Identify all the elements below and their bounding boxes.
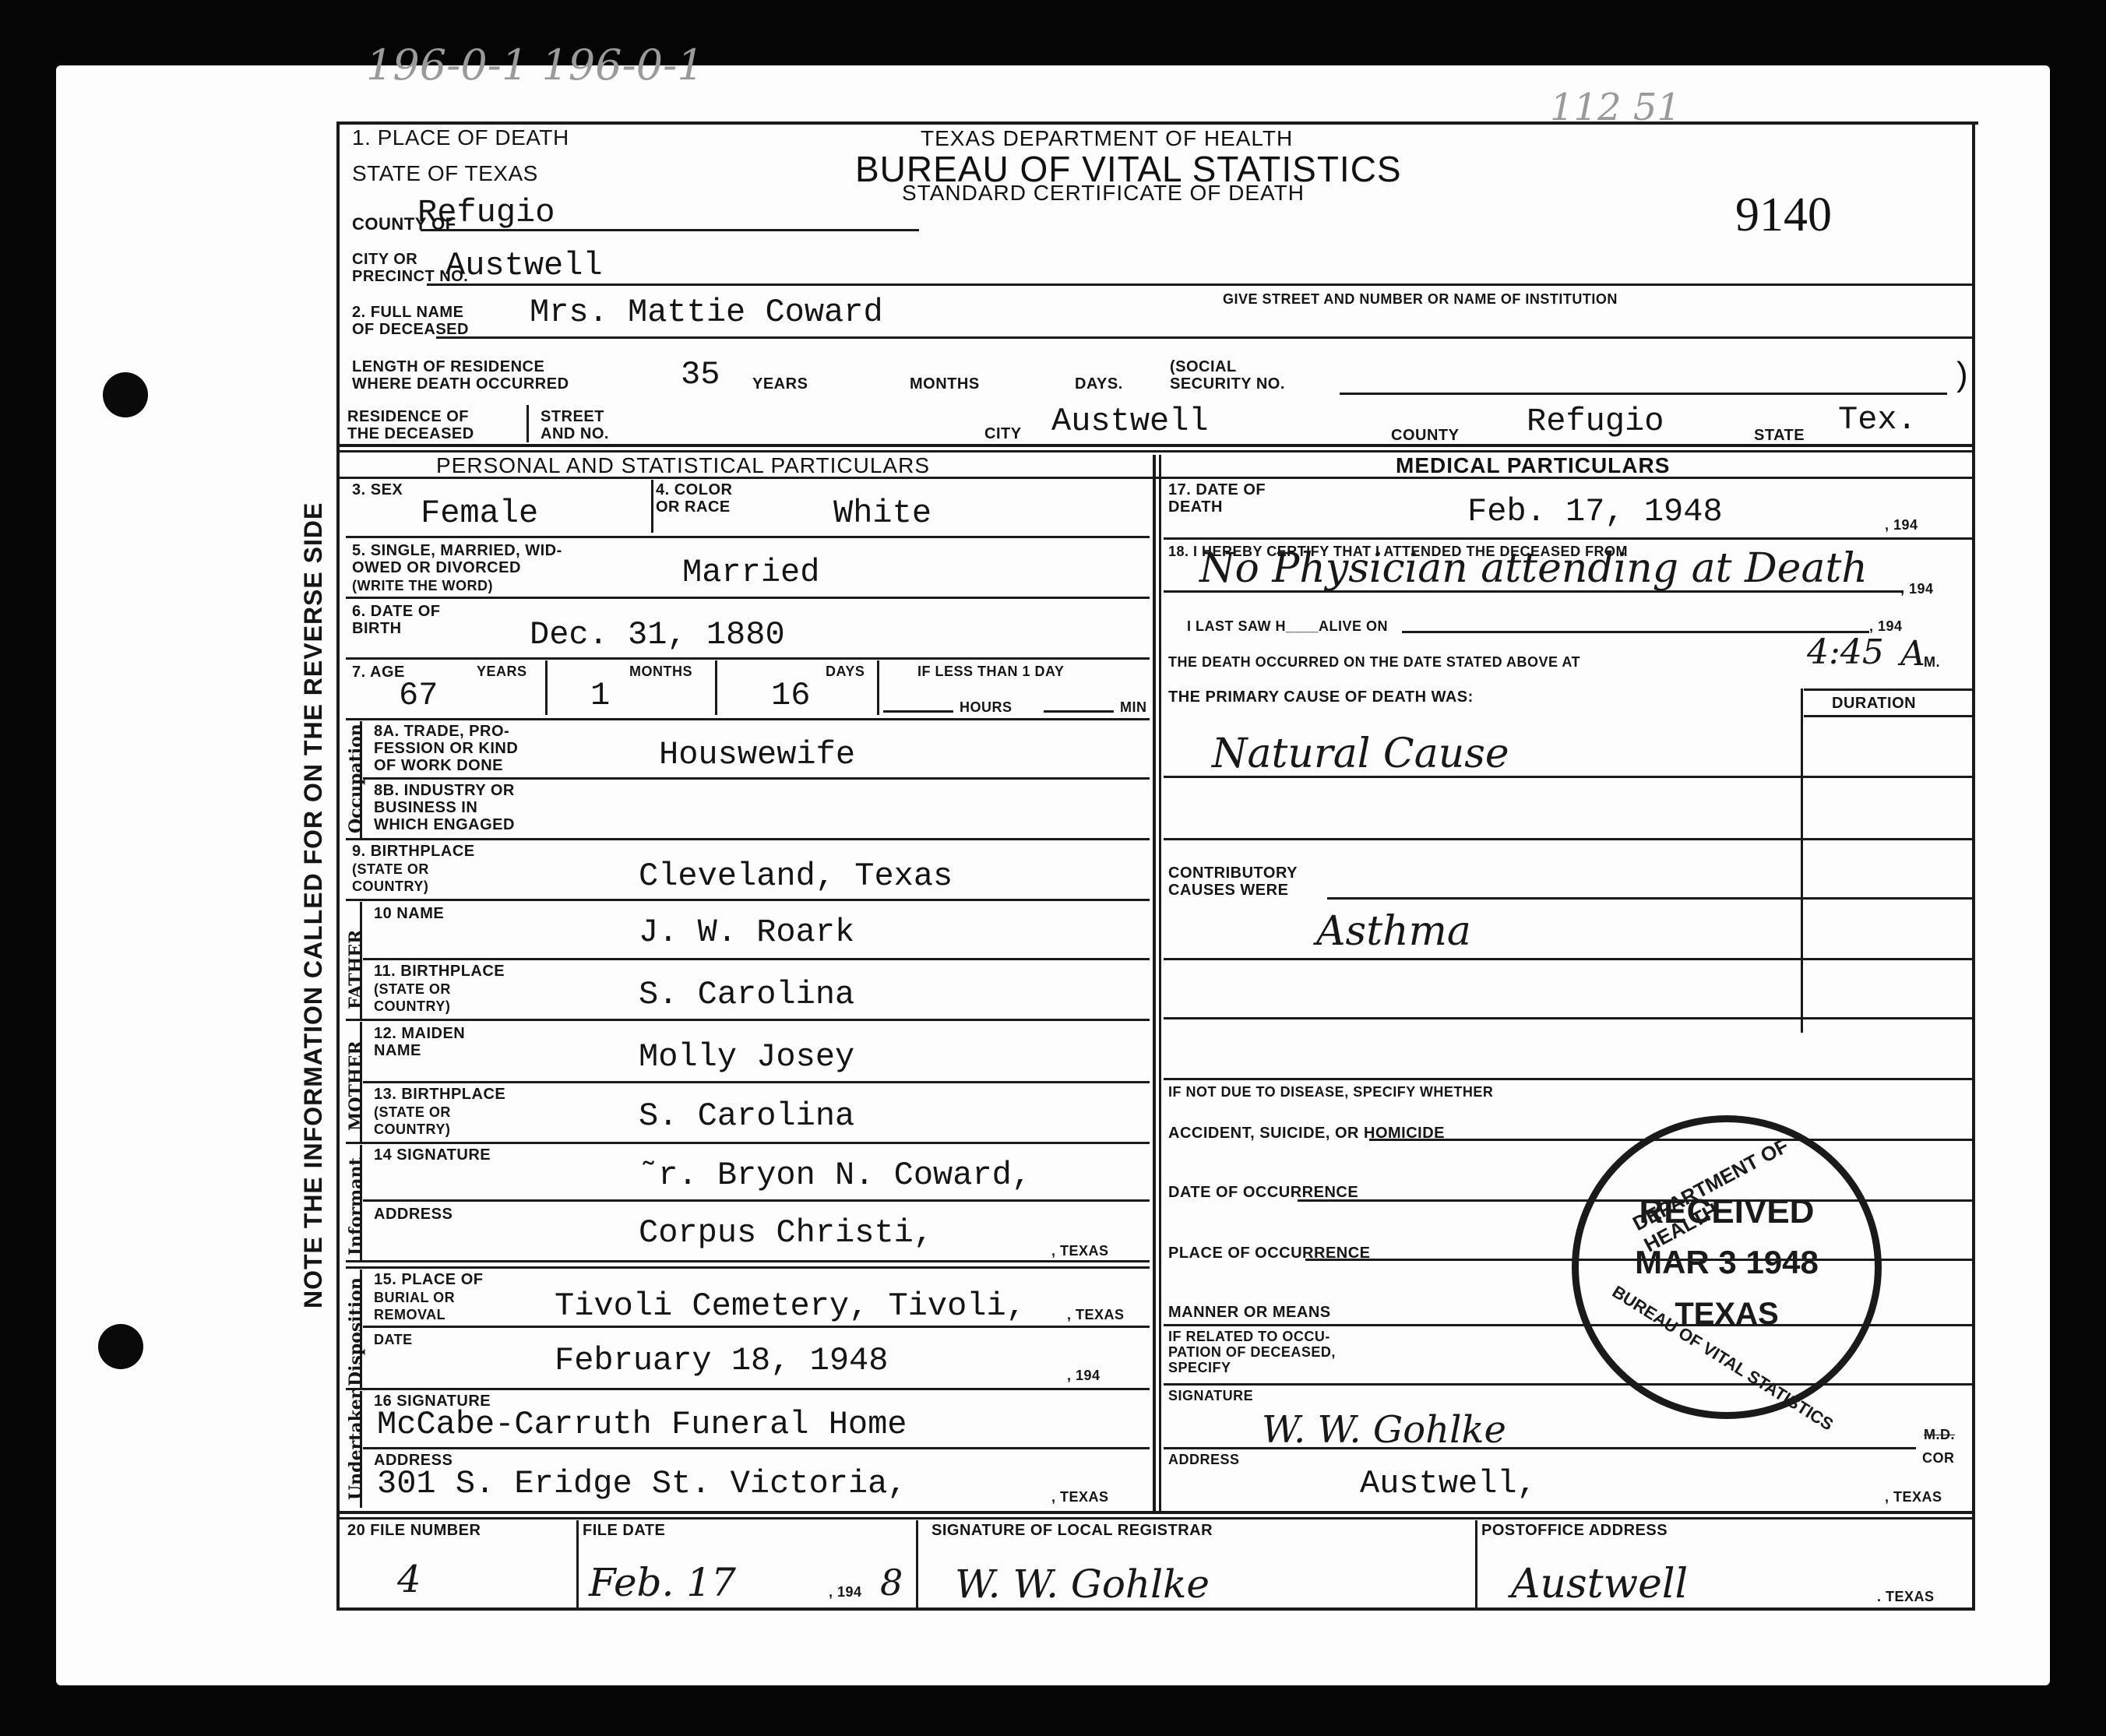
certificate-subtitle: STANDARD CERTIFICATE OF DEATH: [902, 181, 1305, 206]
burial-place: Tivoli Cemetery, Tivoli,: [555, 1288, 1026, 1324]
divider: [336, 450, 1975, 452]
postoffice-value: Austwell: [1511, 1562, 1688, 1606]
race-value: White: [833, 495, 931, 531]
divider: [336, 1517, 1975, 1519]
age-label: 7. AGE: [352, 664, 405, 681]
residence-length-label-1: LENGTH OF RESIDENCE: [352, 358, 544, 375]
divider: [336, 1511, 1975, 1514]
birthplace-value: Cleveland, Texas: [639, 858, 953, 894]
occ-related-label-3: SPECIFY: [1168, 1360, 1231, 1375]
frame-left: [336, 121, 340, 1611]
stamp-date: MAR 3 1948: [1579, 1244, 1875, 1281]
burial-date: February 18, 1948: [555, 1343, 888, 1379]
residence-city: Austwell: [1051, 403, 1209, 439]
age-days: 16: [771, 678, 810, 713]
physician-texas-label: , TEXAS: [1885, 1489, 1942, 1505]
physician-signature: W. W. Gohlke: [1262, 1408, 1506, 1452]
mother-bp-label-1: 13. BIRTHPLACE: [374, 1086, 505, 1103]
residence-state-label: STATE: [1754, 427, 1805, 444]
industry-label-3: WHICH ENGAGED: [374, 816, 515, 833]
divider: [363, 958, 1150, 960]
file-date: Feb. 17: [589, 1561, 736, 1604]
min-label: MIN: [1120, 699, 1147, 715]
dod-label-2: DEATH: [1168, 498, 1223, 516]
less-than-day-label: IF LESS THAN 1 DAY: [917, 664, 1064, 679]
full-name-label-1: 2. FULL NAME: [352, 304, 463, 321]
frame-bottom: [336, 1607, 1975, 1611]
divider: [1164, 1078, 1974, 1080]
personal-section-title: PERSONAL AND STATISTICAL PARTICULARS: [436, 453, 930, 478]
marital-label-2: OWED OR DIVORCED: [352, 559, 521, 576]
file-date-label: FILE DATE: [583, 1522, 665, 1539]
ssn-label-2: SECURITY NO.: [1170, 375, 1285, 393]
father-bp-label-2: (STATE OR: [374, 981, 451, 997]
file-year-prefix: , 194: [829, 1584, 862, 1600]
stamp-state: TEXAS: [1579, 1297, 1875, 1332]
marital-label-1: 5. SINGLE, MARRIED, WID-: [352, 542, 562, 559]
burial-label-2: BURIAL OR: [374, 1290, 455, 1305]
days-label: DAYS.: [1075, 375, 1123, 393]
informant-group-label: Informant: [346, 1157, 366, 1255]
divider: [346, 1388, 1150, 1390]
physician-address-label: ADDRESS: [1168, 1452, 1240, 1467]
stamp-status: RECEIVED: [1579, 1192, 1875, 1231]
state-of-texas-label: STATE OF TEXAS: [352, 162, 538, 185]
street-label-1: STREET: [541, 408, 604, 425]
punch-hole: [103, 372, 148, 417]
full-name-label-2: OF DECEASED: [352, 321, 469, 338]
registrar-divider: [916, 1520, 918, 1607]
registrar-signature-label: SIGNATURE OF LOCAL REGISTRAR: [931, 1522, 1213, 1539]
duration-label: DURATION: [1832, 695, 1916, 712]
attended-underline: [1164, 590, 1903, 593]
last-saw-label: I LAST SAW H____ALIVE ON: [1187, 618, 1388, 634]
age-years-label: YEARS: [477, 664, 527, 679]
column-divider: [1159, 455, 1161, 1511]
punch-hole: [98, 1324, 143, 1369]
divider: [346, 838, 1150, 840]
occ-related-label-1: IF RELATED TO OCCU-: [1168, 1329, 1330, 1344]
industry-label-2: BUSINESS IN: [374, 799, 477, 816]
date-of-death: Feb. 17, 1948: [1467, 494, 1723, 530]
pencil-mark-left: 196-0-1 196-0-1: [366, 40, 704, 90]
burial-label-3: REMOVAL: [374, 1307, 445, 1322]
informant-signature-label: 14 SIGNATURE: [374, 1146, 491, 1164]
marital-value: Married: [682, 555, 819, 590]
informant-address-label: ADDRESS: [374, 1206, 453, 1223]
divider: [346, 1260, 1150, 1262]
divider: [363, 1447, 1150, 1449]
contributory-label-2: CAUSES WERE: [1168, 882, 1288, 899]
age-divider: [715, 660, 717, 715]
divider: [346, 657, 1150, 660]
divider: [363, 1081, 1150, 1083]
duration-divider: [1801, 688, 1803, 1033]
age-years: 67: [399, 678, 438, 713]
divider: [346, 536, 1150, 538]
date-occurrence-label: DATE OF OCCURRENCE: [1168, 1184, 1358, 1201]
dob-label-2: BIRTH: [352, 620, 402, 637]
signature-line: [1164, 1447, 1916, 1449]
institution-hint: GIVE STREET AND NUMBER OR NAME OF INSTIT…: [1223, 291, 1618, 307]
mother-bp-label-2: (STATE OR: [374, 1104, 451, 1120]
duration-header-line: [1804, 715, 1972, 717]
divider: [363, 1326, 1150, 1328]
informant-texas-label: , TEXAS: [1051, 1243, 1109, 1259]
mother-bp-label-3: COUNTRY): [374, 1122, 450, 1137]
registrar-divider: [576, 1520, 579, 1607]
disposition-group-label: Disposition: [346, 1277, 366, 1386]
trade-label-2: FESSION OR KIND: [374, 740, 518, 757]
trade-label-1: 8A. TRADE, PRO-: [374, 723, 509, 740]
file-year-digit: 8: [880, 1561, 903, 1604]
divider: [1164, 537, 1974, 540]
divider: [346, 1019, 1150, 1021]
father-bp-label-1: 11. BIRTHPLACE: [374, 963, 505, 980]
age-divider: [545, 660, 548, 715]
file-number-label: 20 FILE NUMBER: [347, 1522, 481, 1539]
frame-right: [1972, 125, 1975, 1611]
mother-name-label-2: NAME: [374, 1042, 421, 1059]
manner-label: MANNER OR MEANS: [1168, 1304, 1331, 1321]
registrar-divider: [1475, 1520, 1477, 1607]
undertaker-address: 301 S. Eridge St. Victoria,: [377, 1466, 907, 1502]
medical-section-title: MEDICAL PARTICULARS: [1396, 453, 1670, 478]
birthplace-label-3: COUNTRY): [352, 879, 428, 894]
trade-label-3: OF WORK DONE: [374, 757, 503, 774]
undertaker-texas-label: , TEXAS: [1051, 1489, 1109, 1505]
residence-label-1: RESIDENCE OF: [347, 408, 469, 425]
primary-cause: Natural Cause: [1212, 732, 1509, 776]
postoffice-texas-label: . TEXAS: [1877, 1589, 1935, 1604]
dob-value: Dec. 31, 1880: [530, 617, 785, 653]
race-label-1: 4. COLOR: [656, 481, 732, 498]
residence-years: 35: [681, 357, 720, 393]
residence-length-label-2: WHERE DEATH OCCURRED: [352, 375, 569, 393]
informant-signature: ˜r. Bryon N. Coward,: [639, 1157, 1031, 1193]
attended-year-suffix: , 194: [1900, 581, 1934, 597]
street-label-2: AND NO.: [541, 425, 609, 442]
min-line: [1044, 710, 1114, 713]
hours-line: [883, 710, 953, 713]
place-of-death-label: 1. PLACE OF DEATH: [352, 126, 569, 150]
burial-year-suffix: , 194: [1067, 1368, 1101, 1383]
father-bp-label-3: COUNTRY): [374, 998, 450, 1014]
father-group-label: FATHER: [346, 930, 366, 1009]
city-value: Austwell: [445, 248, 603, 283]
residence-county: Refugio: [1527, 403, 1664, 439]
duration-top: [1804, 688, 1972, 691]
undertaker-name: McCabe-Carruth Funeral Home: [377, 1407, 907, 1442]
physician-address: Austwell,: [1360, 1466, 1537, 1502]
burial-date-label: DATE: [374, 1332, 413, 1347]
mother-name-label-1: 12. MAIDEN: [374, 1025, 465, 1042]
father-name-label: 10 NAME: [374, 905, 444, 922]
physician-signature-label: SIGNATURE: [1168, 1388, 1253, 1403]
column-divider: [1153, 455, 1156, 1511]
burial-texas-label: , TEXAS: [1067, 1307, 1125, 1322]
ssn-paren: ): [1956, 355, 1968, 394]
primary-cause-label: THE PRIMARY CAUSE OF DEATH WAS:: [1168, 688, 1474, 706]
divider: [346, 1142, 1150, 1144]
frame-top: [336, 121, 1978, 125]
mother-group-label: MOTHER: [346, 1041, 366, 1131]
cause-line: [1164, 776, 1974, 778]
informant-address: Corpus Christi,: [639, 1215, 933, 1251]
received-stamp: DEPARTMENT OF HEALTH BUREAU OF VITAL STA…: [1572, 1115, 1882, 1419]
registrar-signature: W. W. Gohlke: [955, 1562, 1210, 1606]
divider: [363, 777, 1150, 780]
months-label: MONTHS: [910, 375, 980, 393]
divider: [346, 718, 1150, 720]
county-underline: [421, 229, 919, 231]
divider: [336, 444, 1975, 447]
last-saw-underline: [1402, 631, 1869, 633]
mother-birthplace: S. Carolina: [639, 1098, 854, 1134]
deceased-full-name: Mrs. Mattie Coward: [530, 294, 883, 330]
divider: [336, 477, 1975, 479]
sex-race-divider: [651, 480, 653, 533]
file-number: 4: [397, 1558, 421, 1601]
divider: [346, 899, 1150, 901]
attended-statement: No Physician attending at Death: [1199, 547, 1868, 590]
residence-label-2: THE DECEASED: [347, 425, 474, 442]
dod-year-suffix: , 194: [1885, 517, 1918, 533]
occ-related-label-2: PATION OF DECEASED,: [1168, 1344, 1336, 1360]
marital-label-3: (WRITE THE WORD): [352, 578, 493, 593]
residence-city-label: CITY: [984, 425, 1022, 442]
time-ampm: A: [1900, 632, 1925, 676]
cause-line: [1327, 897, 1974, 900]
birthplace-label-1: 9. BIRTHPLACE: [352, 843, 475, 860]
burial-label-1: 15. PLACE OF: [374, 1271, 483, 1288]
trade-value: Houswewife: [659, 737, 855, 773]
not-disease-label: IF NOT DUE TO DISEASE, SPECIFY WHETHER: [1168, 1084, 1493, 1100]
dob-label-1: 6. DATE OF: [352, 603, 441, 620]
age-months: 1: [590, 678, 610, 713]
age-divider: [877, 660, 879, 715]
divider: [1164, 1383, 1974, 1386]
hours-label: HOURS: [960, 699, 1012, 715]
certificate-number: 9140: [1735, 190, 1832, 240]
residence-divider: [526, 405, 529, 442]
residence-county-label: COUNTY: [1391, 427, 1459, 444]
county-value: Refugio: [417, 195, 555, 231]
cause-line: [1164, 1017, 1974, 1019]
father-name: J. W. Roark: [639, 914, 854, 950]
name-underline: [436, 336, 1972, 339]
divider: [363, 1199, 1150, 1202]
ssn-label-1: (SOCIAL: [1170, 358, 1237, 375]
postoffice-label: POSTOFFICE ADDRESS: [1481, 1522, 1668, 1539]
father-birthplace: S. Carolina: [639, 977, 854, 1012]
reverse-side-note: NOTE THE INFORMATION CALLED FOR ON THE R…: [299, 502, 328, 1308]
city-underline: [427, 283, 1972, 286]
md-label: M.D.: [1924, 1427, 1955, 1442]
age-months-label: MONTHS: [629, 664, 692, 679]
age-days-label: DAYS: [826, 664, 865, 679]
birthplace-label-2: (STATE OR: [352, 861, 429, 877]
time-of-death-label: THE DEATH OCCURRED ON THE DATE STATED AB…: [1168, 654, 1580, 670]
cor-label: COR: [1922, 1450, 1955, 1466]
sex-value: Female: [421, 495, 538, 531]
residence-state: Tex.: [1838, 402, 1917, 438]
years-label: YEARS: [752, 375, 808, 393]
industry-label-1: 8B. INDUSTRY OR: [374, 782, 515, 799]
time-suffix: M.: [1924, 654, 1940, 670]
city-label-1: CITY OR: [352, 251, 417, 268]
mother-maiden-name: Molly Josey: [639, 1039, 854, 1075]
divider: [346, 597, 1150, 599]
cause-line: [1164, 838, 1974, 840]
time-of-death: 4:45: [1807, 631, 1884, 674]
ssn-underline: [1340, 393, 1947, 395]
dod-label-1: 17. DATE OF: [1168, 481, 1266, 498]
race-label-2: OR RACE: [656, 498, 731, 516]
cause-line: [1164, 958, 1974, 960]
undertaker-group-label: Undertaker: [346, 1390, 366, 1500]
divider: [346, 1266, 1150, 1269]
contributory-label-1: CONTRIBUTORY: [1168, 864, 1298, 882]
sex-label: 3. SEX: [352, 481, 403, 498]
contributory-cause: Asthma: [1316, 910, 1471, 953]
